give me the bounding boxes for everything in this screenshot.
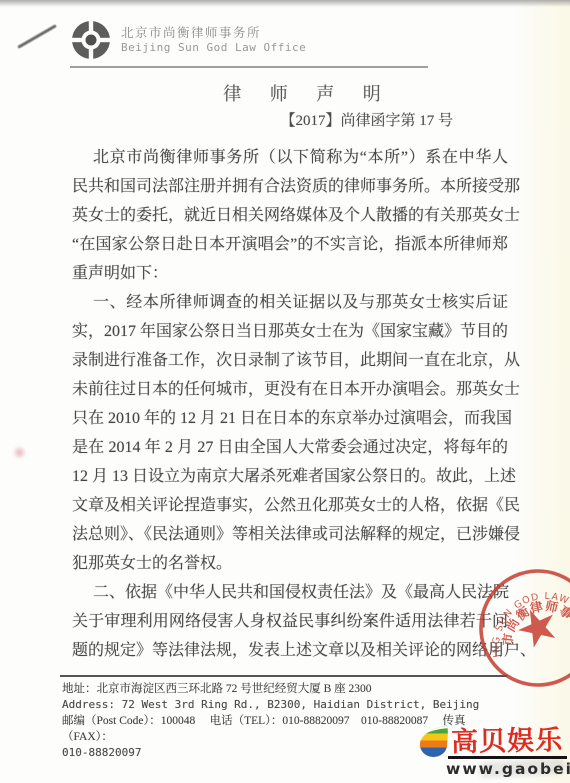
body-line: “在国家公祭日赴日本开演唱会”的不实言论，指派本所律师郑 xyxy=(72,230,508,259)
body-line: 民共和国司法部注册并拥有合法资质的律师事务所。本所接受那 xyxy=(72,172,508,201)
body-line: 是在 2014 年 2 月 27 日由全国人大常委会通过决定，将每年的 xyxy=(72,433,508,462)
firm-name-chinese: 北京市尚衡律师事务所 xyxy=(121,23,261,41)
body-line: 实，2017 年国家公祭日当日那英女士在为《国家宝藏》节目的 xyxy=(72,317,508,346)
law-office-logo-icon xyxy=(71,20,111,60)
body-line: 一、经本所律师调查的相关证据以及与那英女士核实后证 xyxy=(72,288,508,317)
address-chinese: 地址：北京市海淀区西三环北路 72 号世纪经贸大厦 B 座 2300 xyxy=(62,681,512,697)
scan-edge-shadow xyxy=(0,0,570,7)
site-watermark: 高贝娱乐 www.gaobei.com xyxy=(418,719,568,779)
scanned-document-page: 北京市尚衡律师事务所 Beijing Sun God Law Office 律 … xyxy=(0,0,570,783)
body-line: 12 月 13 日设立为南京大屠杀死难者国家公祭日的。故此，上述 xyxy=(72,462,508,491)
body-line: 未前往过日本的任何城市，更没有在日本开办演唱会。那英女士 xyxy=(72,375,508,404)
body-line: 录制进行准备工作，次日录制了该节目，此期间一直在北京，从 xyxy=(72,346,508,375)
body-line: 重声明如下： xyxy=(72,259,508,288)
body-line: 文章及相关评论捏造事实，公然丑化那英女士的人格，依据《民 xyxy=(72,491,508,520)
document-title: 律 师 声 明 xyxy=(73,80,543,106)
header-divider xyxy=(70,66,428,68)
firm-name-english: Beijing Sun God Law Office xyxy=(121,41,306,54)
document-reference-number: 【2017】尚律函字第 17 号 xyxy=(280,109,453,130)
watermark-underline xyxy=(448,756,567,759)
gaobei-logo-icon xyxy=(418,724,449,757)
body-line: 只在 2010 年的 12 月 21 日在日本的东京举办过演唱会，而我国 xyxy=(72,404,508,433)
scan-smudge xyxy=(12,446,27,459)
body-line: 北京市尚衡律师事务所（以下简称为“本所”）系在中华人 xyxy=(72,143,508,172)
address-english: Address: 72 West 3rd Ring Rd., B2300, Ha… xyxy=(62,697,512,713)
pen-slash-mark xyxy=(17,24,57,49)
watermark-brand-text: 高贝娱乐 xyxy=(451,718,569,759)
watermark-url-text: www.gaobei.com xyxy=(446,760,570,778)
footer-divider xyxy=(60,675,507,677)
body-line: 英女士的委托，就近日相关网络媒体及个人散播的有关那英女士 xyxy=(72,201,508,230)
